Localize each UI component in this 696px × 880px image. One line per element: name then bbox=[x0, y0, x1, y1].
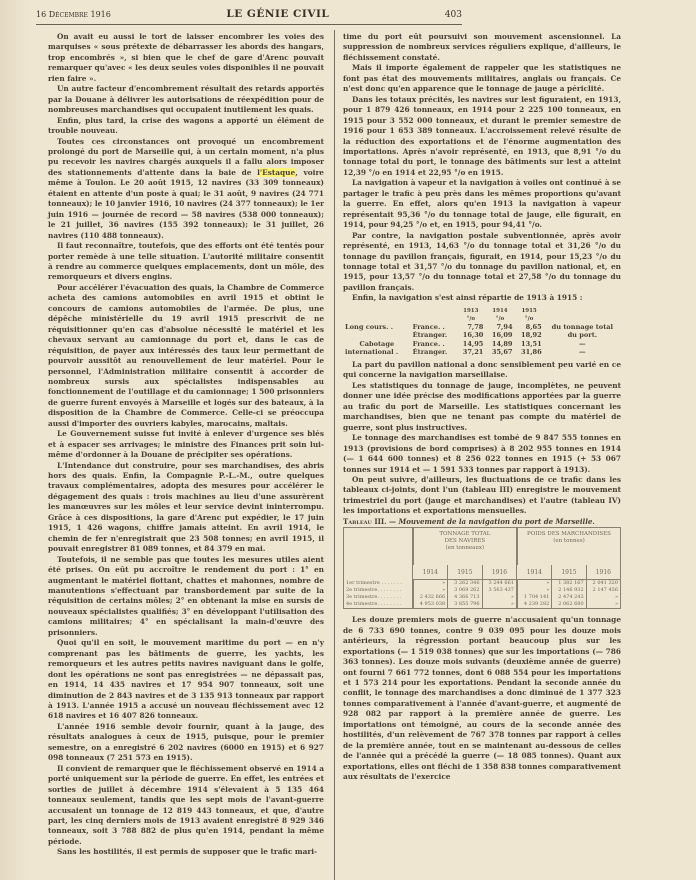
table-row: 3e trimestre. . . . . . . . 2 432 666 4 … bbox=[344, 594, 621, 601]
issue-date: 16 Décembre 1916 bbox=[36, 10, 111, 19]
paragraph: Toutes ces circonstances ont provoqué un… bbox=[48, 137, 324, 242]
left-column: On avait eu aussi le tort de laisser enc… bbox=[48, 32, 324, 858]
table-row: international . Étranger. 37,21 35,67 31… bbox=[343, 348, 621, 356]
paragraph: Par contre, la navigation postale subven… bbox=[343, 231, 621, 294]
navigation-share-table: 1913 1914 1915 °/o °/o °/o Long cours. .… bbox=[343, 307, 621, 356]
paragraph: Enfin, plus tard, la crise des wagons a … bbox=[48, 116, 324, 137]
paragraph: On avait eu aussi le tort de laisser enc… bbox=[48, 32, 324, 84]
table-row: Cabotage France. . 14,95 14,89 13,51 — bbox=[343, 340, 621, 348]
table-row: 2e trimestre. . . . . . . . » 3 069 262 … bbox=[344, 587, 621, 594]
paragraph: L'Intendance dut construire, pour ses ma… bbox=[48, 461, 324, 555]
paragraph: La navigation à vapeur et la navigation … bbox=[343, 178, 621, 230]
table-row: Étranger. 16,30 16,09 18,92 du port. bbox=[343, 331, 621, 339]
paragraph: Sans les hostilités, il est permis de su… bbox=[48, 847, 324, 857]
paragraph: Il faut reconnaître, toutefois, que des … bbox=[48, 241, 324, 283]
highlighted-text[interactable]: l'Estaque bbox=[257, 168, 295, 177]
paragraph: Mais il importe également de rappeler qu… bbox=[343, 63, 621, 94]
table-row: 4e trimestre. . . . . . . . 4 953 038 3 … bbox=[344, 601, 621, 609]
paragraph: time du port eût poursuivi son mouvement… bbox=[343, 32, 621, 63]
paragraph: Il convient de remarquer que le fléchiss… bbox=[48, 764, 324, 848]
header-rule bbox=[36, 24, 462, 25]
group-header-marchandises: POIDS DES MARCHANDISES (en tonnes) bbox=[517, 528, 621, 566]
paragraph: Toutefois, il ne semble pas que toutes l… bbox=[48, 555, 324, 639]
paragraph: La part du pavillon national a donc sens… bbox=[343, 360, 621, 381]
paragraph: Quoi qu'il en soit, le mouvement maritim… bbox=[48, 638, 324, 722]
paragraph: Enfin, la navigation s'est ainsi réparti… bbox=[343, 293, 621, 303]
paragraph: Les douze premiers mois de guerre n'accu… bbox=[343, 615, 621, 782]
page-binding-shadow bbox=[0, 0, 30, 880]
group-header-tonnage: TONNAGE TOTAL DES NAVIRES (en tonneaux) bbox=[413, 528, 517, 566]
table-row: Long cours. . France. . 7,78 7,94 8,65 d… bbox=[343, 323, 621, 331]
paragraph: Le tonnage des marchandises est tombé de… bbox=[343, 433, 621, 475]
paragraph: Le Gouvernement suisse fut invité à enle… bbox=[48, 429, 324, 460]
paragraph: Dans les totaux précités, les navires su… bbox=[343, 95, 621, 179]
table-caption: Tableau III. — Mouvement de la navigatio… bbox=[343, 517, 621, 527]
running-header: 16 Décembre 1916 LE GÉNIE CIVIL 403 bbox=[36, 8, 462, 20]
paragraph: Les statistiques du tonnage de jauge, in… bbox=[343, 381, 621, 433]
paragraph: Pour accélérer l'évacuation des quais, l… bbox=[48, 283, 324, 429]
table-row: 1er trimestre . . . . . . . » 3 262 346 … bbox=[344, 580, 621, 588]
paragraph: On peut suivre, d'ailleurs, les fluctuat… bbox=[343, 475, 621, 517]
column-divider bbox=[334, 30, 335, 880]
journal-title: LE GÉNIE CIVIL bbox=[226, 8, 329, 20]
paragraph: Un autre facteur d'encombrement résultai… bbox=[48, 84, 324, 115]
tableau-3: TONNAGE TOTAL DES NAVIRES (en tonneaux) … bbox=[343, 527, 621, 609]
right-column: time du port eût poursuivi son mouvement… bbox=[343, 32, 621, 783]
paragraph: L'année 1916 semble devoir fournir, quan… bbox=[48, 722, 324, 764]
page-number: 403 bbox=[445, 10, 462, 20]
